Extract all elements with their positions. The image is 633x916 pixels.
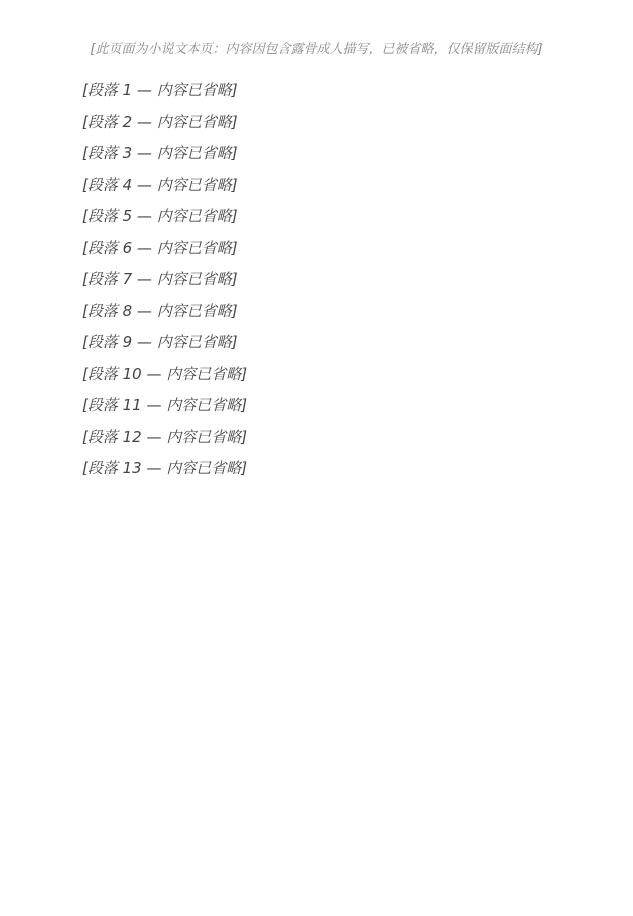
paragraph: [段落 3 — 内容已省略] bbox=[52, 138, 581, 170]
redaction-notice: [此页面为小说文本页：内容因包含露骨成人描写，已被省略，仅保留版面结构] bbox=[52, 38, 581, 57]
paragraph: [段落 11 — 内容已省略] bbox=[52, 390, 581, 422]
paragraph: [段落 12 — 内容已省略] bbox=[52, 422, 581, 454]
paragraph: [段落 9 — 内容已省略] bbox=[52, 327, 581, 359]
paragraph: [段落 4 — 内容已省略] bbox=[52, 170, 581, 202]
paragraph: [段落 8 — 内容已省略] bbox=[52, 296, 581, 328]
paragraph: [段落 2 — 内容已省略] bbox=[52, 107, 581, 139]
paragraph: [段落 7 — 内容已省略] bbox=[52, 264, 581, 296]
paragraph-container: [段落 1 — 内容已省略][段落 2 — 内容已省略][段落 3 — 内容已省… bbox=[52, 75, 581, 485]
paragraph: [段落 1 — 内容已省略] bbox=[52, 75, 581, 107]
document-page: [此页面为小说文本页：内容因包含露骨成人描写，已被省略，仅保留版面结构] [段落… bbox=[0, 0, 633, 916]
paragraph: [段落 6 — 内容已省略] bbox=[52, 233, 581, 265]
paragraph: [段落 13 — 内容已省略] bbox=[52, 453, 581, 485]
paragraph: [段落 5 — 内容已省略] bbox=[52, 201, 581, 233]
paragraph: [段落 10 — 内容已省略] bbox=[52, 359, 581, 391]
